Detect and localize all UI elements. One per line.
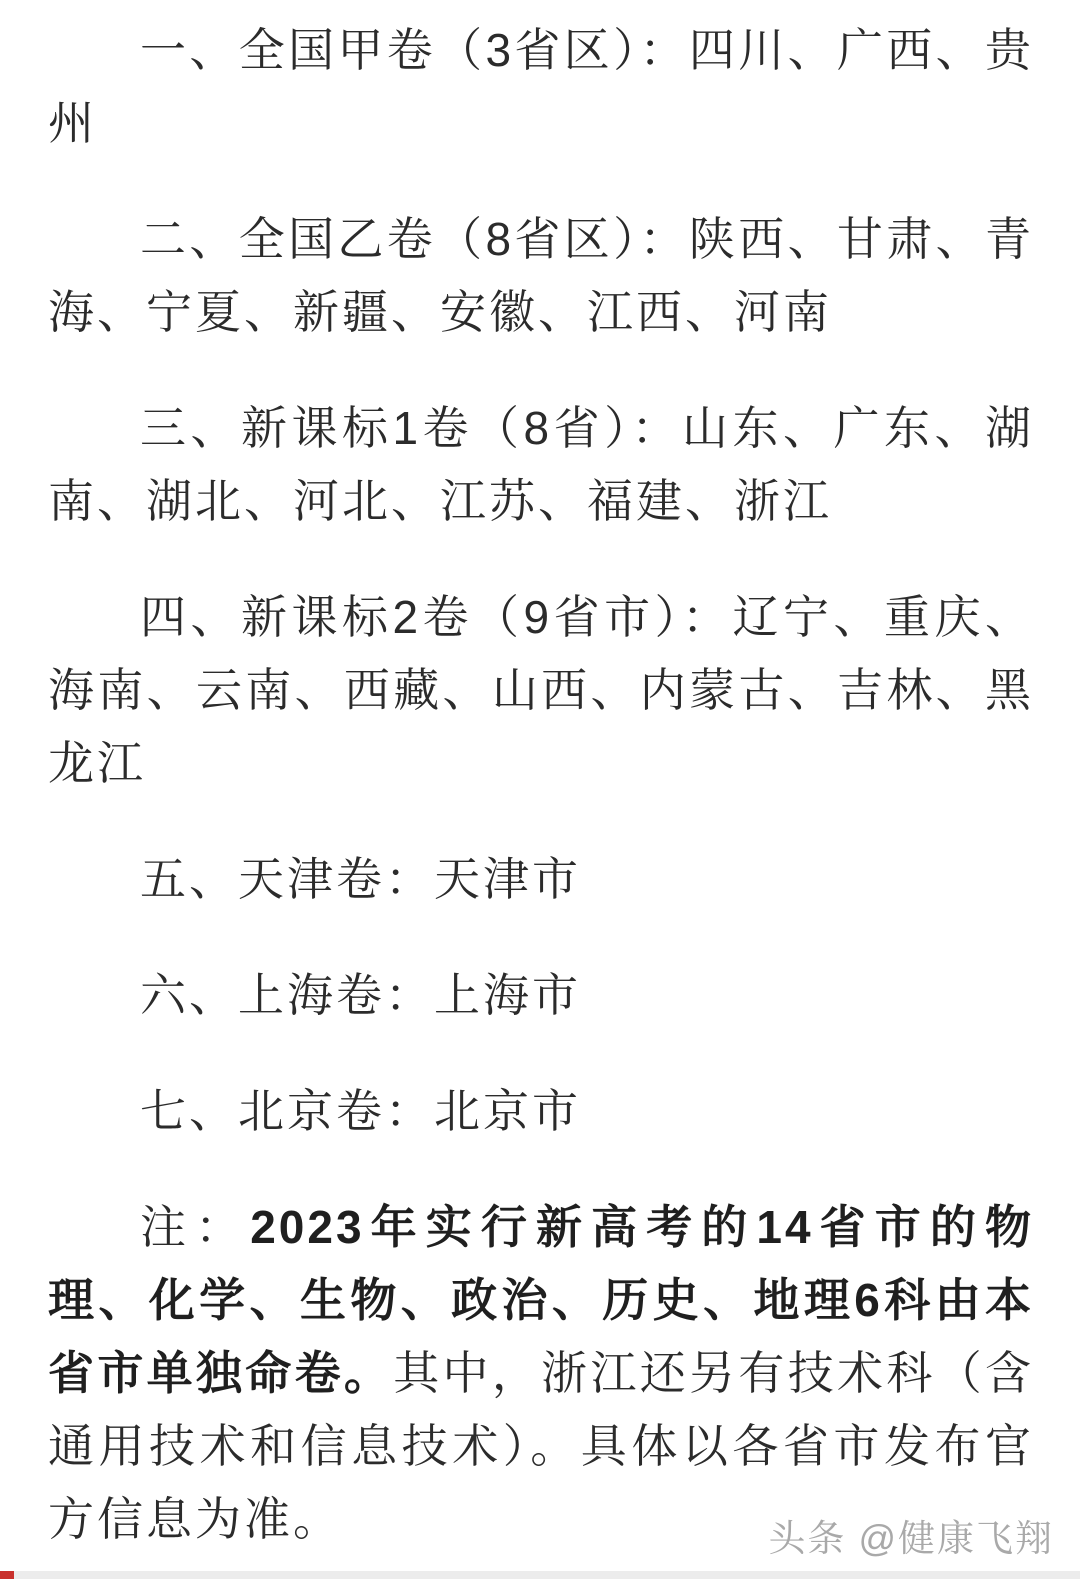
paragraph-item-7: 七、北京卷：北京市	[48, 1075, 1034, 1148]
text-segment: 七、北京卷：北京市	[140, 1085, 581, 1137]
text-segment: 四、新课标2卷（9省市）：辽宁、重庆、海南、云南、西藏、山西、内蒙古、吉林、黑龙…	[48, 591, 1034, 789]
text-segment: 二、全国乙卷（8省区）：陕西、甘肃、青海、宁夏、新疆、安徽、江西、河南	[48, 213, 1034, 338]
article-body: 一、全国甲卷（3省区）：四川、广西、贵州二、全国乙卷（8省区）：陕西、甘肃、青海…	[0, 0, 1080, 1556]
red-corner-accent	[0, 1571, 14, 1579]
paragraph-item-1: 一、全国甲卷（3省区）：四川、广西、贵州	[48, 14, 1034, 160]
paragraph-item-2: 二、全国乙卷（8省区）：陕西、甘肃、青海、宁夏、新疆、安徽、江西、河南	[48, 203, 1034, 349]
bottom-bar	[0, 1571, 1080, 1579]
text-segment: 六、上海卷：上海市	[140, 969, 581, 1021]
text-segment: 五、天津卷：天津市	[140, 853, 581, 905]
paragraph-item-4: 四、新课标2卷（9省市）：辽宁、重庆、海南、云南、西藏、山西、内蒙古、吉林、黑龙…	[48, 581, 1034, 800]
watermark-platform: 头条	[768, 1519, 846, 1559]
paragraph-item-5: 五、天津卷：天津市	[48, 843, 1034, 916]
paragraph-note: 注：2023年实行新高考的14省市的物理、化学、生物、政治、历史、地理6科由本省…	[48, 1191, 1034, 1556]
text-segment: 三、新课标1卷（8省）：山东、广东、湖南、湖北、河北、江苏、福建、浙江	[48, 402, 1034, 527]
paragraph-item-3: 三、新课标1卷（8省）：山东、广东、湖南、湖北、河北、江苏、福建、浙江	[48, 392, 1034, 538]
watermark: 头条 @健康飞翔	[768, 1519, 1054, 1559]
text-segment: 注：	[140, 1201, 250, 1253]
paragraph-item-6: 六、上海卷：上海市	[48, 959, 1034, 1032]
text-segment: 一、全国甲卷（3省区）：四川、广西、贵州	[48, 24, 1034, 149]
watermark-handle: @健康飞翔	[858, 1519, 1054, 1559]
